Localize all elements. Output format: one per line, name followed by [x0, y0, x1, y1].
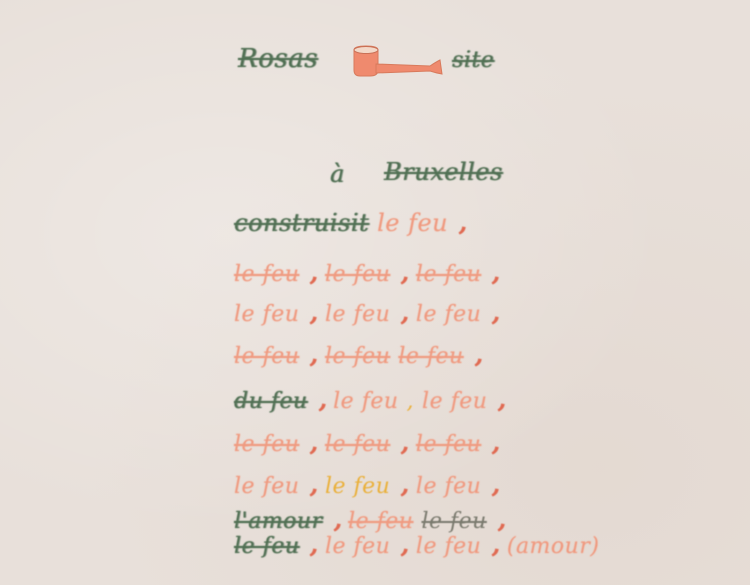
poem-word: le feu — [416, 534, 481, 559]
poem-word: le feu — [416, 302, 481, 327]
comma-mark: , — [497, 384, 512, 415]
poem-word: du feu — [234, 389, 308, 414]
poem-word: construisit — [234, 209, 369, 237]
poem-word: le feu — [234, 262, 299, 287]
poem-word: le feu — [325, 262, 390, 287]
poem-word: (amour) — [507, 534, 600, 559]
comma-mark: , — [309, 297, 324, 328]
poem-word: le feu — [234, 344, 299, 369]
poem-word: le feu — [234, 534, 299, 559]
comma-mark: , — [309, 339, 324, 370]
poem-word: le feu — [325, 474, 390, 499]
comma-mark: , — [491, 469, 506, 500]
poem-line: du feu,le feu,le feu, — [234, 385, 513, 415]
comma-mark: , — [491, 257, 506, 288]
poem-word: le feu — [422, 389, 487, 414]
header-left-word: Rosas — [238, 44, 318, 74]
poem-word: le feu — [333, 389, 398, 414]
comma-mark: , — [317, 384, 332, 415]
poem-word: le feu — [234, 474, 299, 499]
poem-line: le feu,le feu,le feu, — [234, 470, 507, 500]
comma-mark: , — [400, 469, 415, 500]
poem-line: le feu,le feu,le feu, — [234, 428, 507, 458]
comma-mark: , — [473, 339, 488, 370]
poem-line: le feu,le feu,le feu, — [234, 298, 507, 328]
poem-line: le feu,le feu,le feu,(amour) — [234, 530, 607, 560]
comma-mark: , — [491, 297, 506, 328]
poem-word: le feu — [325, 302, 390, 327]
poem-word: le feu — [325, 344, 390, 369]
poem-word: le feu — [234, 302, 299, 327]
comma-mark: , — [400, 427, 415, 458]
comma-mark: , — [491, 427, 506, 458]
subtitle-prefix: à — [330, 160, 345, 188]
subtitle-word: Bruxelles — [384, 158, 503, 186]
comma-mark: , — [309, 469, 324, 500]
comma-mark: , — [458, 207, 473, 238]
header-right-word: site — [452, 48, 494, 73]
comma-mark: , — [400, 257, 415, 288]
poem-line: le feu,le feu,le feu, — [234, 258, 507, 288]
comma-mark: , — [309, 427, 324, 458]
poem-word: le feu — [325, 432, 390, 457]
poem-line: le feu,le feule feu, — [234, 340, 489, 370]
poem-word: le feu — [377, 209, 448, 237]
poem-word: le feu — [416, 432, 481, 457]
poem-word: le feu — [325, 534, 390, 559]
comma-mark: , — [400, 297, 415, 328]
poem-word: le feu — [398, 344, 463, 369]
comma-mark: , — [491, 529, 506, 560]
comma-mark: , — [309, 529, 324, 560]
poem-word: le feu — [416, 474, 481, 499]
comma-mark: , — [400, 529, 415, 560]
poem-word: le feu — [416, 262, 481, 287]
poem-word: , — [407, 389, 415, 414]
comma-mark: , — [309, 257, 324, 288]
poem-line: construisitle feu, — [234, 208, 474, 238]
poem-word: le feu — [234, 432, 299, 457]
